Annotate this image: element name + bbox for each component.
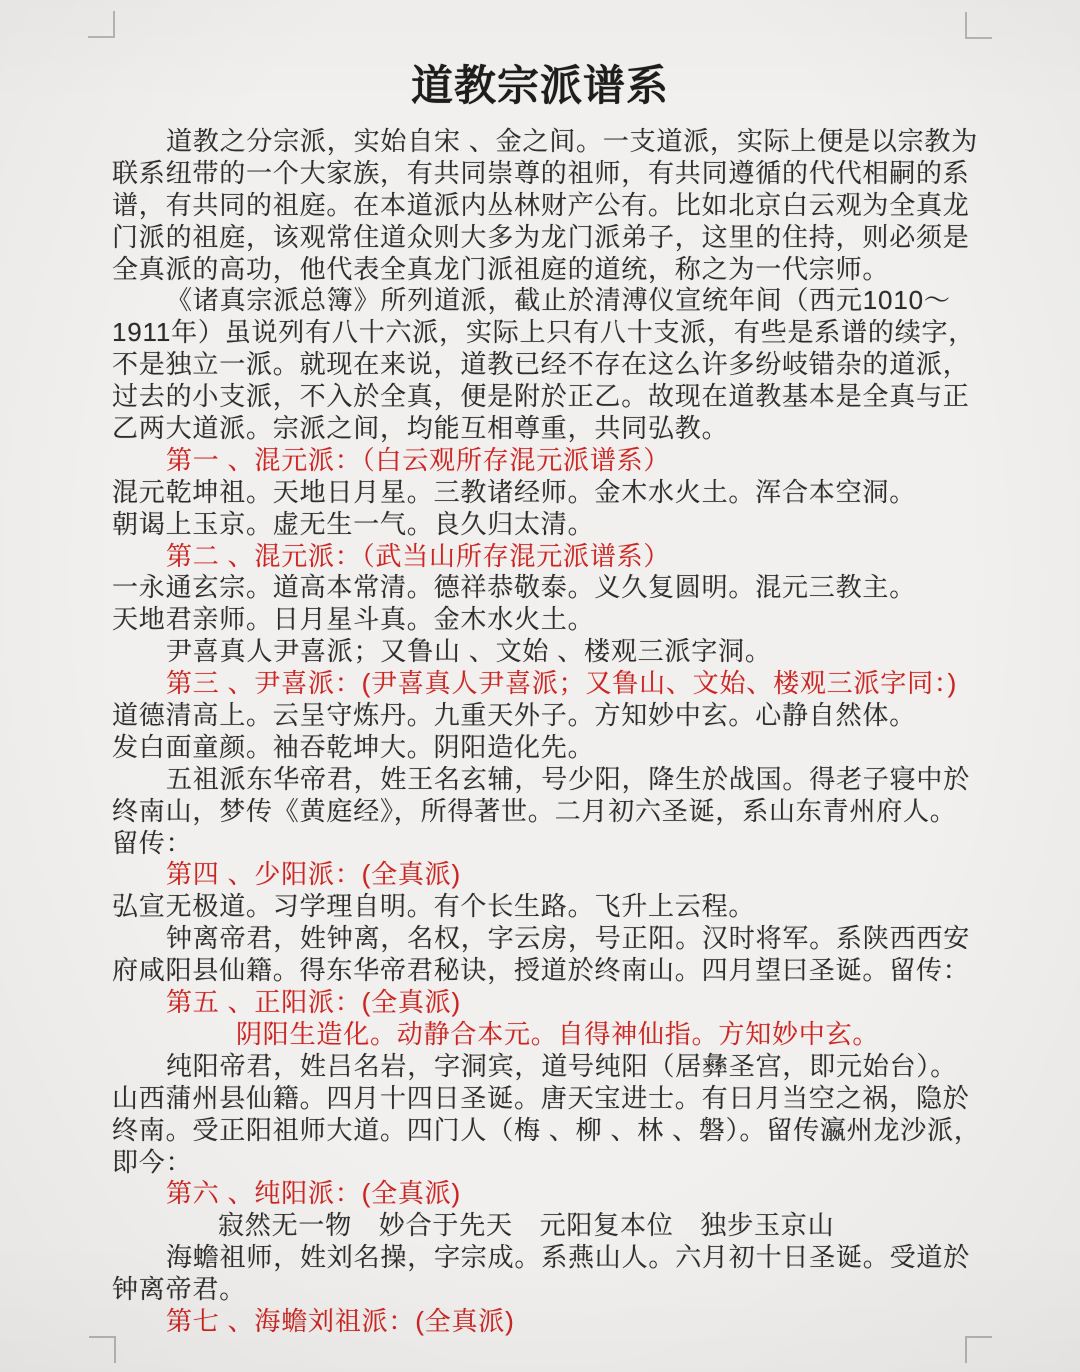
text-line: 谱，有共同的祖庭。在本道派内丛林财产公有。比如北京白云观为全真龙 bbox=[112, 190, 970, 222]
text-line: 终南山，梦传《黄庭经》，所得著世。二月初六圣诞，系山东青州府人。 bbox=[112, 796, 970, 828]
text-line: 府咸阳县仙籍。得东华帝君秘诀，授道於终南山。四月望曰圣诞。留传： bbox=[112, 955, 970, 987]
text-line: 道教之分宗派，实始自宋 、金之间。一支道派，实际上便是以宗教为 bbox=[112, 126, 970, 158]
text-line: 尹喜真人尹喜派；又鲁山 、文始 、楼观三派字洞。 bbox=[112, 636, 970, 668]
text-line: 道德清高上。云呈守炼丹。九重天外子。方知妙中玄。心静自然体。 bbox=[112, 700, 970, 732]
section-heading: 第四 、少阳派：(全真派) bbox=[112, 859, 970, 891]
text-line: 即今： bbox=[112, 1147, 970, 1179]
text-line: 混元乾坤祖。天地日月星。三教诸经师。金木水火土。浑合本空洞。 bbox=[112, 477, 970, 509]
section-heading: 第六 、纯阳派：(全真派) bbox=[112, 1178, 970, 1210]
text-line: 钟离帝君。 bbox=[112, 1274, 970, 1306]
text-line: 五祖派东华帝君，姓王名玄辅，号少阳，降生於战国。得老子寝中於 bbox=[112, 764, 970, 796]
text-line: 乙两大道派。宗派之间，均能互相尊重，共同弘教。 bbox=[112, 413, 970, 445]
text-line: 不是独立一派。就现在来说，道教已经不存在这么许多纷岐错杂的道派， bbox=[112, 349, 970, 381]
text-line: 终南。受正阳祖师大道。四门人（梅 、柳 、林 、磐）。留传瀛州龙沙派， bbox=[112, 1115, 970, 1147]
text-line: 钟离帝君，姓钟离，名权，字云房，号正阳。汉时将军。系陕西西安 bbox=[112, 923, 970, 955]
section-heading: 第三 、尹喜派：(尹喜真人尹喜派；又鲁山、文始、楼观三派字同：) bbox=[112, 668, 970, 700]
text-line: 山西蒲州县仙籍。四月十四日圣诞。唐天宝进士。有日月当空之祸，隐於 bbox=[112, 1083, 970, 1115]
text-boundary-mark-top-left bbox=[88, 11, 115, 38]
text-line: 门派的祖庭，该观常住道众则大多为龙门派弟子，这里的住持，则必须是 bbox=[112, 222, 970, 254]
text-line: 1911年）虽说列有八十六派，实际上只有八十支派，有些是系谱的续字， bbox=[112, 317, 970, 349]
section-heading: 第五 、正阳派：(全真派) bbox=[112, 987, 970, 1019]
text-line: 朝谒上玉京。虚无生一气。良久归太清。 bbox=[112, 509, 970, 541]
document-page: 道教宗派谱系 道教之分宗派，实始自宋 、金之间。一支道派，实际上便是以宗教为联系… bbox=[0, 0, 1080, 1372]
text-line: 留传： bbox=[112, 828, 970, 860]
text-line: 《诸真宗派总簿》所列道派，截止於清溥仪宣统年间（西元1010～ bbox=[112, 285, 970, 317]
text-boundary-mark-top-right bbox=[965, 12, 992, 39]
section-heading: 第一 、混元派：（白云观所存混元派谱系） bbox=[112, 445, 970, 477]
verse-line: 阴阳生造化。动静合本元。自得神仙指。方知妙中玄。 bbox=[112, 1019, 970, 1051]
section-heading: 第二 、混元派：（武当山所存混元派谱系） bbox=[112, 541, 970, 573]
text-line: 一永通玄宗。道高本常清。德祥恭敬泰。义久复圆明。混元三教主。 bbox=[112, 572, 970, 604]
page-title: 道教宗派谱系 bbox=[0, 60, 1080, 112]
verse-line: 寂然无一物 妙合于先天 元阳复本位 独步玉京山 bbox=[112, 1210, 970, 1242]
text-line: 海蟾祖师，姓刘名操，字宗成。系燕山人。六月初十日圣诞。受道於 bbox=[112, 1242, 970, 1274]
text-boundary-mark-bottom-left bbox=[89, 1336, 116, 1363]
text-line: 发白面童颜。袖吞乾坤大。阴阳造化先。 bbox=[112, 732, 970, 764]
text-line: 全真派的高功，他代表全真龙门派祖庭的道统，称之为一代宗师。 bbox=[112, 254, 970, 286]
text-line: 天地君亲师。日月星斗真。金木水火土。 bbox=[112, 604, 970, 636]
document-body: 道教之分宗派，实始自宋 、金之间。一支道派，实际上便是以宗教为联系纽带的一个大家… bbox=[112, 126, 970, 1338]
text-line: 联系纽带的一个大家族，有共同崇尊的祖师，有共同遵循的代代相嗣的系 bbox=[112, 158, 970, 190]
text-boundary-mark-bottom-right bbox=[965, 1336, 992, 1363]
section-heading: 第七 、海蟾刘祖派：(全真派) bbox=[112, 1306, 970, 1338]
text-line: 弘宣无极道。习学理自明。有个长生路。飞升上云程。 bbox=[112, 891, 970, 923]
text-line: 过去的小支派，不入於全真，便是附於正乙。故现在道教基本是全真与正 bbox=[112, 381, 970, 413]
text-line: 纯阳帝君，姓吕名岩，字洞宾，道号纯阳（居彝圣宫，即元始台）。 bbox=[112, 1051, 970, 1083]
